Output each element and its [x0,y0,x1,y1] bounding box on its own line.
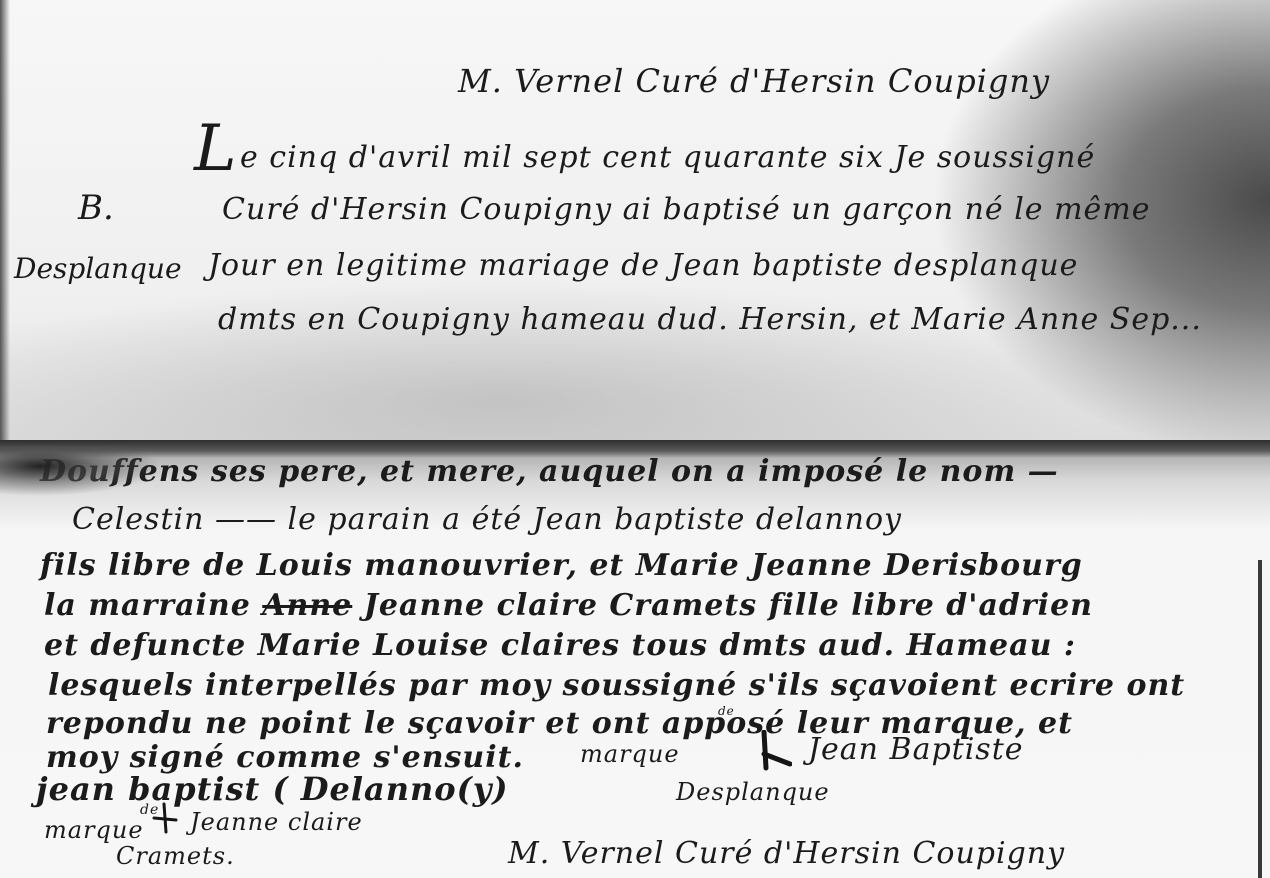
father-mark-note: de [718,704,735,718]
record-line-6: Celestin —— le parain a été Jean baptist… [72,502,902,537]
father-name-line-1: Jean Baptiste [808,732,1024,767]
header-priest-signature: M. Vernel Curé d'Hersin Coupigny [458,62,1050,100]
entry-initial: L [194,112,237,186]
register-page-bottom: Douffens ses pere, et mere, auquel on a … [0,440,1270,878]
margin-surname: Desplanque [14,252,182,285]
record-line-3: Jour en legitime mariage de Jean baptist… [208,248,1078,283]
godmother-name-line-1: Jeanne claire [190,808,363,836]
page-edge-rule [1258,560,1262,878]
record-line-9: et defuncte Marie Louise claires tous dm… [44,628,1076,663]
struck-word: Anne [262,588,352,623]
record-line-8: la marraine Anne Jeanne claire Cramets f… [44,588,1093,623]
page-fold-shadow [0,440,1270,458]
record-line-1: e cinq d'avril mil sept cent quarante si… [240,140,1095,175]
father-mark-label: marque [580,740,680,768]
godmother-name-line-2: Cramets. [116,842,235,870]
godmother-cross-mark-icon [150,800,180,836]
margin-record-type: B. [78,188,114,228]
record-line-5: Douffens ses pere, et mere, auquel on a … [40,454,1059,489]
father-cross-mark-icon [752,730,792,774]
record-line-7: fils libre de Louis manouvrier, et Marie… [40,548,1083,583]
record-line-10: lesquels interpellés par moy soussigné s… [48,668,1185,703]
godmother-details: Jeanne claire Cramets fille libre d'adri… [364,588,1093,623]
godmother-intro: la marraine [44,588,251,623]
page-fold-dark-corner [0,446,160,496]
register-page-top: M. Vernel Curé d'Hersin Coupigny B. Desp… [0,0,1270,440]
godfather-signature: jean baptist ( Delanno(y) [36,770,508,808]
godmother-mark-label: marque [44,816,144,844]
priest-signature: M. Vernel Curé d'Hersin Coupigny [508,836,1065,871]
record-line-2: Curé d'Hersin Coupigny ai baptisé un gar… [222,192,1150,227]
father-name-line-2: Desplanque [676,778,830,806]
record-line-4: dmts en Coupigny hameau dud. Hersin, et … [218,302,1202,337]
